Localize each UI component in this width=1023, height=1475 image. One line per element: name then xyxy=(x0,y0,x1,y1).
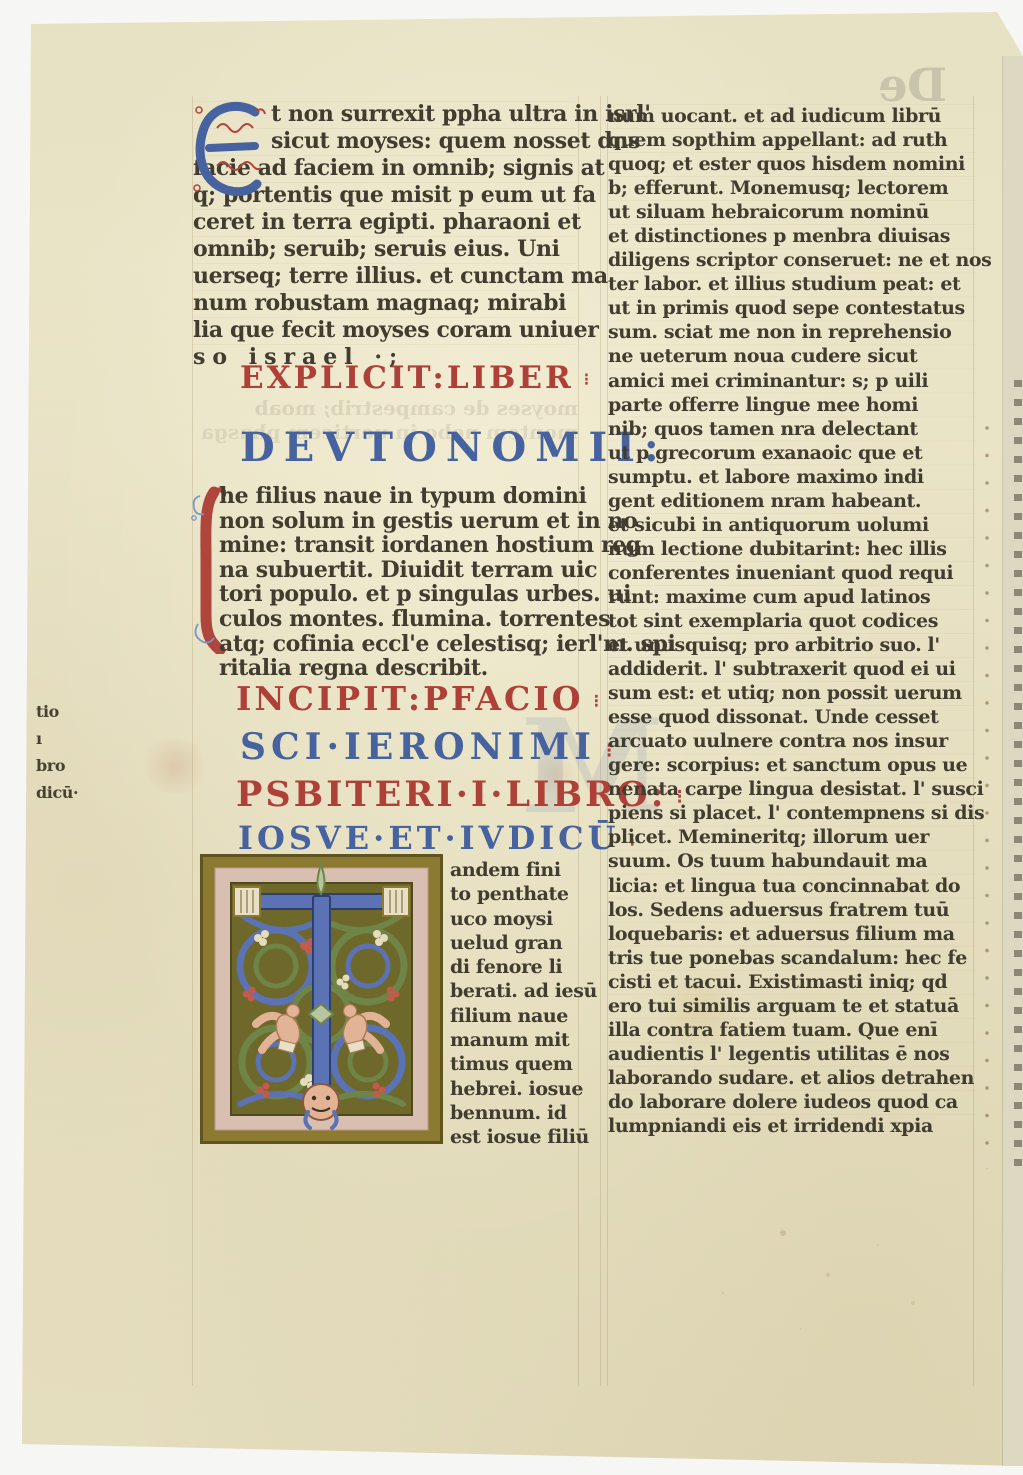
text-line: mine: transit iordanen hostium reg xyxy=(193,533,575,558)
left-column-preface-start: andem finito penthateuco moysiuelud gran… xyxy=(450,858,578,1150)
text-line: b; efferunt. Monemusq; lectorem xyxy=(608,176,976,200)
text-line: arcuato uulnere contra nos insur xyxy=(608,729,976,753)
next-page-edge-text-marks xyxy=(1014,380,1022,1170)
text-line: suum. Os tuum habundauit ma xyxy=(608,849,976,873)
incipit-text: PSBITERI·I·LIBRO: xyxy=(236,774,667,815)
book-title-rubric: DEVTONOMII: xyxy=(240,424,668,471)
text-line: to penthate xyxy=(450,882,578,906)
text-line: bennum. id xyxy=(450,1101,578,1125)
text-line: et unusquisq; pro arbitrio suo. l' xyxy=(608,633,976,657)
text-line: quoq; et ester quos hisdem nomini xyxy=(608,152,976,176)
text-line: he filius naue in typum domini xyxy=(193,484,575,509)
text-line: culos montes. flumina. torrentes xyxy=(193,607,575,632)
text-line: num uocant. et ad iudicum librū xyxy=(608,104,976,128)
text-line: plicet. Memineritq; illorum uer xyxy=(608,825,976,849)
margin-note-line: dicū· xyxy=(36,779,96,806)
text-line: piens si placet. l' contempnens si dis xyxy=(608,801,976,825)
text-line: timus quem xyxy=(450,1052,578,1076)
text-line: ceret in terra egipti. pharaoni et xyxy=(193,209,575,236)
text-line: ut p grecorum exanaoic que et xyxy=(608,441,976,465)
text-line: licia: et lingua tua concinnabat do xyxy=(608,874,976,898)
explicit-text: EXPLICIT:LIBER xyxy=(240,360,574,396)
text-line: sum. sciat me non in reprehensio xyxy=(608,320,976,344)
text-line: uerseq; terre illius. et cunctam ma xyxy=(193,263,575,290)
text-line: andem fini xyxy=(450,858,578,882)
text-line: tori populo. et p singulas urbes. ui xyxy=(193,582,575,607)
text-line: omnib; seruib; seruis eius. Uni xyxy=(193,236,575,263)
pricking-holes xyxy=(984,424,990,1169)
text-line: tot sint exemplaria quot codices xyxy=(608,609,976,633)
text-line: t non surrexit ppha ultra in isrl' xyxy=(271,101,575,128)
text-line: amici mei criminantur: s; p uili xyxy=(608,369,976,393)
text-line: nenata carpe lingua desistat. l' susci xyxy=(608,777,976,801)
incipit-text: INCIPIT:PFACIO xyxy=(236,679,583,718)
text-line: hebrei. iosue xyxy=(450,1077,578,1101)
text-line: ter labor. et illius studium peat: et xyxy=(608,272,976,296)
text-line: na subuertit. Diuidit terram uic xyxy=(193,558,575,583)
illuminated-initial-t xyxy=(200,854,443,1144)
text-line: manum mit xyxy=(450,1028,578,1052)
incipit-rubric-line-4: IOSVE·ET·IVDICŪ⁝ xyxy=(238,819,635,857)
text-line: est iosue filiū xyxy=(450,1125,578,1149)
text-line: cisti et tacui. Existimasti iniq; qd xyxy=(608,970,976,994)
text-line: gere: scorpius: et sanctum opus ue xyxy=(608,753,976,777)
right-column-preface-text: num uocant. et ad iudicum librūquem sopt… xyxy=(608,104,976,1138)
incipit-text: IOSVE·ET·IVDICŪ xyxy=(238,819,620,857)
text-line: parte offerre lingue mee homi xyxy=(608,393,976,417)
text-line: et sicubi in antiquorum uolumi xyxy=(608,513,976,537)
text-line: uco moysi xyxy=(450,907,578,931)
text-line: atq; cofinia eccl'e celestisq; ierl'm. s… xyxy=(193,632,575,657)
margin-note-line: ı xyxy=(36,725,96,752)
text-line: gent editionem nram habeant. xyxy=(608,489,976,513)
text-line: conferentes inueniant quod requi xyxy=(608,561,976,585)
text-line: quem sopthim appellant: ad ruth xyxy=(608,128,976,152)
rubric-dots: ⁝ xyxy=(584,370,589,390)
margin-note-line: bro xyxy=(36,752,96,779)
text-line: di fenore li xyxy=(450,955,578,979)
text-line: ero tui similis arguam te et statuā xyxy=(608,994,976,1018)
text-line: do laborare dolere iudeos quod ca xyxy=(608,1090,976,1114)
parchment-speckles xyxy=(780,1230,786,1236)
margin-note: tioıbrodicū· xyxy=(36,698,96,806)
text-line: ne ueterum noua cudere sicut xyxy=(608,344,976,368)
text-line: lumpniandi eis et irridendi xpia xyxy=(608,1114,976,1138)
text-line: audientis l' legentis utilitas ē nos xyxy=(608,1042,976,1066)
text-line: tris tue ponebas scandalum: hec fe xyxy=(608,946,976,970)
text-line: esse quod dissonat. Unde cesset xyxy=(608,705,976,729)
text-line: lia que fecit moyses coram uniuer xyxy=(193,317,575,344)
text-line: sicut moyses: quem nosset dns xyxy=(271,128,575,155)
text-line: num robustam magnaq; mirabi xyxy=(193,290,575,317)
argumentum-lines: he filius naue in typum domininon solum … xyxy=(193,484,575,681)
incipit-rubric-line-2: SCI·IERONIMI⁝ xyxy=(240,726,612,768)
text-line: non solum in gestis uerum et in no xyxy=(193,509,575,534)
rubric-dots: ⁝ xyxy=(593,691,599,712)
margin-note-line: tio xyxy=(36,698,96,725)
explicit-rubric: EXPLICIT:LIBER⁝ xyxy=(240,360,589,396)
text-line: addiderit. l' subtraxerit quod ei ui xyxy=(608,657,976,681)
text-line: ut siluam hebraicorum nominū xyxy=(608,200,976,224)
incipit-rubric-line-1: INCIPIT:PFACIO⁝ xyxy=(236,679,599,718)
text-line: loquebaris: et aduersus filium ma xyxy=(608,922,976,946)
left-column-argumentum: he filius naue in typum domininon solum … xyxy=(193,484,575,681)
text-line: laborando sudare. et alios detrahen xyxy=(608,1066,976,1090)
initial-i-spacer xyxy=(193,484,219,657)
decorated-initial-e xyxy=(193,100,267,196)
text-line: filium naue xyxy=(450,1004,578,1028)
text-line: et distinctiones p menbra diuisas xyxy=(608,224,976,248)
text-line: ritalia regna describit. xyxy=(193,656,575,681)
text-line: nib; quos tamen nra delectant xyxy=(608,417,976,441)
text-line: sumptu. et labore maximo indi xyxy=(608,465,976,489)
text-line: uelud gran xyxy=(450,931,578,955)
text-line: runt: maxime cum apud latinos xyxy=(608,585,976,609)
book-title-text: DEVTONOMII: xyxy=(240,424,668,471)
text-line: diligens scriptor conseruet: ne et nos xyxy=(608,248,976,272)
text-line: los. Sedens aduersus fratrem tuū xyxy=(608,898,976,922)
text-line: berati. ad iesū xyxy=(450,979,578,1003)
text-line: ut in primis quod sepe contestatus xyxy=(608,296,976,320)
text-line: illa contra fatiem tuam. Que enī xyxy=(608,1018,976,1042)
text-line: sum est: et utiq; non possit uerum xyxy=(608,681,976,705)
text-line: num lectione dubitarint: hec illis xyxy=(608,537,976,561)
incipit-text: SCI·IERONIMI xyxy=(240,726,596,768)
